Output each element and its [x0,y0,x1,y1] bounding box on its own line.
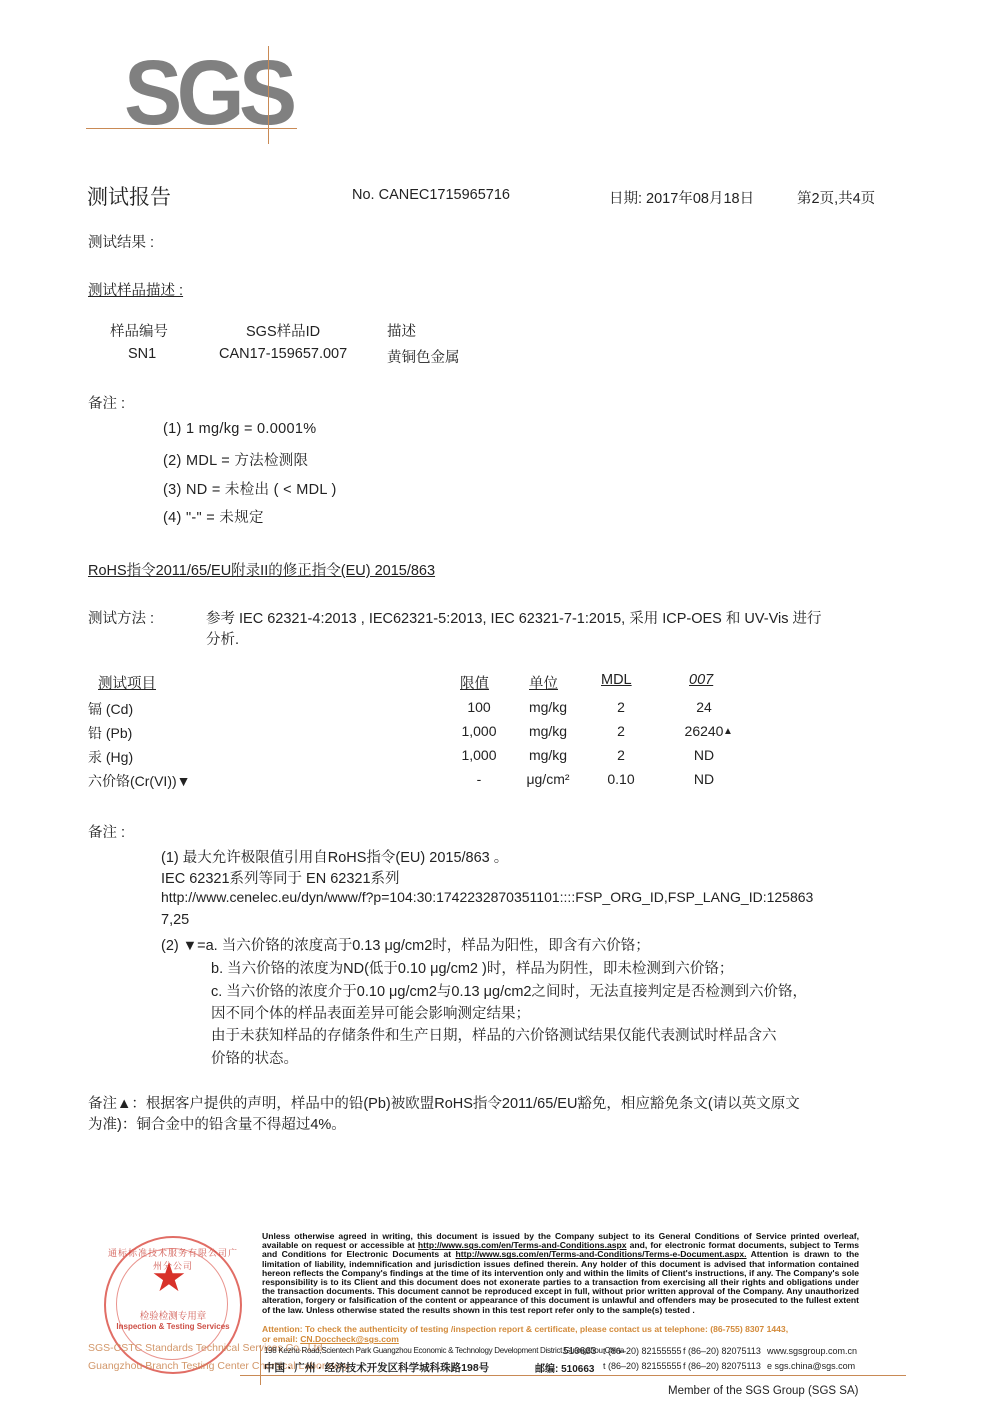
header-sample-007: 007 [689,672,713,688]
telephone-cn: t (86–20) 82155555 [603,1361,682,1371]
mdl-value: 2 [595,699,647,715]
unit-value: mg/kg [518,699,578,715]
cenelec-link-cont[interactable]: 7,25 [161,912,189,928]
note-item: (1) 1 mg/kg = 0.0001% [163,421,316,437]
header-mdl: MDL [601,672,632,688]
method-text-cont: 分析. [206,628,239,649]
report-date: 日期: 2017年08月18日 [609,187,754,208]
result-value: ND [673,747,735,763]
sample-description-heading: 测试样品描述 : [88,279,183,300]
rohs-heading: RoHS指令2011/65/EU附录II的修正指令(EU) 2015/863 [88,559,435,580]
note-item: (4) "-" = 未规定 [163,506,264,527]
note2-line: 因不同个体的样品表面差异可能会影响测定结果； [211,1002,530,1023]
note-item: (3) ND = 未检出 ( < MDL ) [163,478,337,499]
col-sample-no: 样品编号 [110,320,168,341]
fax: f (86–20) 82075113 [683,1346,761,1356]
exemption-note: 备注▲：根据客户提供的声明，样品中的铅(Pb)被欧盟RoHS指令2011/65/… [88,1092,800,1113]
mdl-value: 2 [595,747,647,763]
notes-label: 备注 : [88,392,125,413]
limit-value: - [444,771,514,787]
authenticity-attention: Attention: To check the authenticity of … [262,1324,862,1344]
description-value: 黄铜色金属 [387,346,460,367]
stamp-center-en: Inspection & Testing Services [106,1322,240,1331]
col-sgs-id: SGS样品ID [246,320,320,341]
page-indicator: 第2页,共4页 [797,187,875,208]
header-limit: 限值 [460,672,489,693]
test-item: 镉 (Cd) [88,699,133,719]
note2-line: c. 当六价铬的浓度介于0.10 μg/cm2与0.13 μg/cm2之间时，无… [211,980,807,1001]
logo-vertical-rule [268,46,269,144]
mdl-value: 2 [595,723,647,739]
test-item: 六价铬(Cr(VI))▼ [88,771,191,791]
report-title: 测试报告 [87,181,171,211]
telephone: t (86–20) 82155555 [603,1346,682,1356]
unit-value: mg/kg [518,747,578,763]
header-test-item: 测试项目 [98,672,156,693]
member-statement: Member of the SGS Group (SGS SA) [668,1385,858,1397]
fax-cn: f (86–20) 82075113 [683,1361,761,1371]
method-text: 参考 IEC 62321-4:2013 , IEC62321-5:2013, I… [206,607,821,628]
limit-value: 1,000 [444,747,514,763]
mdl-value: 0.10 [595,771,647,787]
method-label: 测试方法 : [88,607,154,628]
header-unit: 单位 [529,672,558,693]
limit-value: 1,000 [444,723,514,739]
email-prefix: or email: [262,1334,300,1344]
china-email-link[interactable]: e sgs.china@sgs.com [767,1361,855,1371]
logo-horizontal-rule [86,128,297,129]
test-item: 汞 (Hg) [88,747,133,767]
exemption-triangle-icon: ▲ [723,723,733,741]
postcode-en: 510663 [563,1346,596,1357]
exemption-note-cont: 为准)：铜合金中的铅含量不得超过4%。 [88,1113,346,1134]
note2-line: IEC 62321系列等同于 EN 62321系列 [161,867,400,888]
note2-line: (1) 最大允许极限值引用自RoHS指令(EU) 2015/863 。 [161,846,508,867]
website-link[interactable]: www.sgsgroup.com.cn [767,1346,857,1356]
unit-value: mg/kg [518,723,578,739]
star-icon: ★ [151,1258,187,1298]
postcode-cn: 邮编: 510663 [535,1360,594,1375]
sgs-id-value: CAN17-159657.007 [219,346,347,362]
footer-rule [240,1375,906,1376]
cenelec-link[interactable]: http://www.cenelec.eu/dyn/www/f?p=104:30… [161,889,813,905]
note2-line: 由于未获知样品的存储条件和生产日期，样品的六价铬测试结果仅能代表测试时样品含六 [211,1024,777,1045]
note-item: (2) MDL = 方法检测限 [163,449,308,470]
stamp-center-cn: 检验检测专用章 [106,1308,240,1322]
result-value: 24 [673,699,735,715]
disclaimer-part3: Attention is drawn to the limitation of … [262,1249,859,1314]
sample-no-value: SN1 [128,346,156,362]
test-item: 铅 (Pb) [88,723,132,743]
address-cn: 中国 · 广州 · 经济技术开发区科学城科珠路198号 [264,1360,489,1375]
notes2-label: 备注 : [88,821,125,842]
unit-value: μg/cm² [518,771,578,787]
col-description: 描述 [387,320,416,341]
report-number: No. CANEC1715965716 [352,187,510,203]
note2-line: 价铬的状态。 [211,1047,298,1068]
limit-value: 100 [444,699,514,715]
note2-line: b. 当六价铬的浓度为ND(低于0.10 μg/cm2 )时，样品为阴性，即未检… [211,957,733,978]
address-vertical-rule [260,1345,261,1385]
note2-line: (2) ▼=a. 当六价铬的浓度高于0.13 μg/cm2时，样品为阳性，即含有… [161,934,650,955]
doccheck-email-link[interactable]: CN.Doccheck@sgs.com [300,1334,399,1344]
sgs-logo: SGS [124,48,291,138]
result-value: ND [673,771,735,787]
results-label: 测试结果 : [88,231,154,252]
attention-text: Attention: To check the authenticity of … [262,1324,862,1334]
footer-disclaimer: Unless otherwise agreed in writing, this… [262,1232,859,1315]
